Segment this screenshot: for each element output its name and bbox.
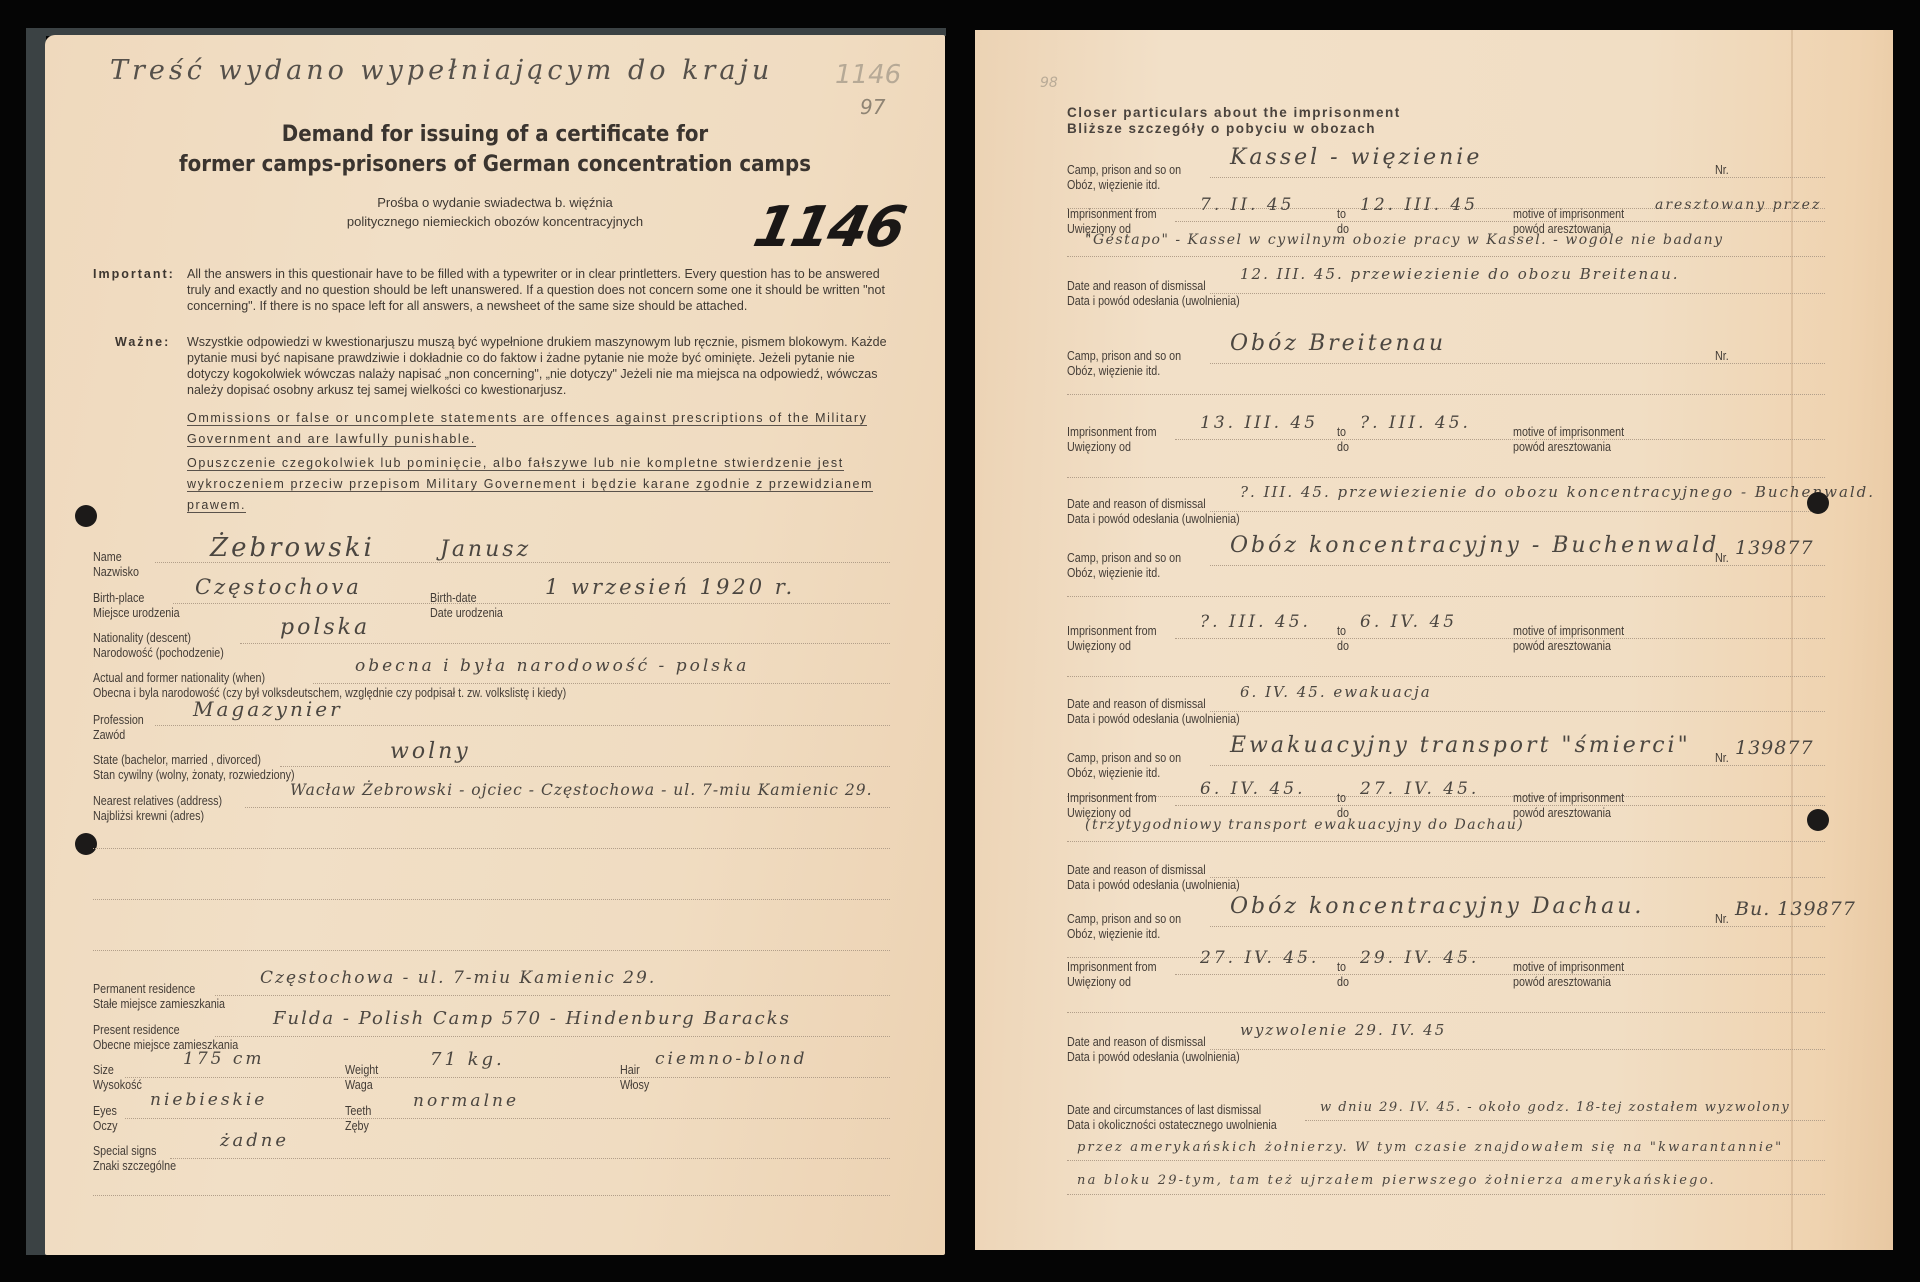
label-profession-pl: Zawód bbox=[93, 728, 125, 743]
label-to-en: to bbox=[1337, 207, 1346, 222]
value-former-nationality: obecna i była narodowość - polska bbox=[355, 656, 749, 676]
label-profession-en: Profession bbox=[93, 713, 144, 728]
label-nationality-pl: Narodowość (pochodzenie) bbox=[93, 646, 224, 661]
label-to-pl: do bbox=[1337, 975, 1349, 990]
label-hair-pl: Włosy bbox=[620, 1078, 649, 1093]
label-nr: Nr. bbox=[1715, 163, 1729, 178]
value-eyes: niebieskie bbox=[150, 1090, 267, 1110]
value-weight: 71 kg. bbox=[430, 1049, 505, 1070]
value-camp: Obóz koncentracyjny - Buchenwald bbox=[1230, 533, 1719, 558]
label-dismissal-en: Date and reason of dismissal bbox=[1067, 1035, 1206, 1050]
label-dismissal-pl: Data i powód odesłania (uwolnienia) bbox=[1067, 878, 1240, 893]
label-teeth-en: Teeth bbox=[345, 1104, 371, 1119]
form-page-front: Treść wydano wypełniającym do kraju 1146… bbox=[45, 35, 945, 1255]
label-motive-en: motive of imprisonment bbox=[1513, 960, 1624, 975]
label-birth-place-en: Birth-place bbox=[93, 591, 144, 606]
value-size: 175 cm bbox=[183, 1049, 265, 1069]
value-imprisonment-from: 27. IV. 45. bbox=[1200, 948, 1319, 968]
label-state-en: State (bachelor, married , divorced) bbox=[93, 753, 261, 768]
label-last-dismissal-pl: Data i okoliczności ostatecznego uwolnie… bbox=[1067, 1118, 1277, 1133]
label-former-nationality-en: Actual and former nationality (when) bbox=[93, 671, 265, 686]
value-imprisonment-from: ?. III. 45. bbox=[1200, 612, 1311, 632]
label-motive-pl: powód aresztowania bbox=[1513, 975, 1611, 990]
label-camp-en: Camp, prison and so on bbox=[1067, 551, 1181, 566]
label-dismissal-pl: Data i powód odesłania (uwolnienia) bbox=[1067, 294, 1240, 309]
wazne-label: Ważne: bbox=[115, 335, 170, 349]
value-surname: Żebrowski bbox=[210, 533, 375, 563]
value-birth-place: Częstochova bbox=[195, 575, 362, 599]
label-motive-pl: powód aresztowania bbox=[1513, 440, 1611, 455]
label-dismissal-en: Date and reason of dismissal bbox=[1067, 863, 1206, 878]
label-to-en: to bbox=[1337, 425, 1346, 440]
value-special-signs: żadne bbox=[220, 1130, 289, 1151]
label-imprisonment-from-en: Imprisonment from bbox=[1067, 791, 1157, 806]
label-camp-en: Camp, prison and so on bbox=[1067, 349, 1181, 364]
punch-hole bbox=[75, 833, 97, 855]
label-imprisonment-from-en: Imprisonment from bbox=[1067, 960, 1157, 975]
label-motive-pl: powód aresztowania bbox=[1513, 639, 1611, 654]
label-dismissal-en: Date and reason of dismissal bbox=[1067, 497, 1206, 512]
label-special-signs-pl: Znaki szczególne bbox=[93, 1159, 176, 1174]
value-imprisonment-to: 12. III. 45 bbox=[1360, 195, 1478, 215]
value-imprisonment-to: ?. III. 45. bbox=[1360, 413, 1471, 433]
section-title-en: Closer particulars about the imprisonmen… bbox=[1067, 105, 1401, 121]
value-dismissal: wyzwolenie 29. IV. 45 bbox=[1240, 1021, 1446, 1039]
label-imprisonment-from-en: Imprisonment from bbox=[1067, 624, 1157, 639]
label-dismissal-pl: Data i powód odesłania (uwolnienia) bbox=[1067, 712, 1240, 727]
value-last-dismissal-line1: w dniu 29. IV. 45. - około godz. 18-tej … bbox=[1320, 1100, 1790, 1115]
label-name-en: Name bbox=[93, 550, 122, 565]
label-present-residence-en: Present residence bbox=[93, 1023, 180, 1038]
value-camp-number: 139877 bbox=[1735, 537, 1814, 559]
punch-hole bbox=[75, 505, 97, 527]
punch-hole bbox=[1807, 492, 1829, 514]
value-camp: Kassel - więzienie bbox=[1230, 145, 1482, 170]
label-size-en: Size bbox=[93, 1063, 114, 1078]
value-state: wolny bbox=[390, 739, 471, 764]
value-camp: Obóz Breitenau bbox=[1230, 331, 1446, 356]
label-name-pl: Nazwisko bbox=[93, 565, 139, 580]
label-to-pl: do bbox=[1337, 440, 1349, 455]
value-present-residence: Fulda - Polish Camp 570 - Hindenburg Bar… bbox=[273, 1008, 791, 1029]
binding-edge bbox=[26, 28, 46, 1255]
value-relatives: Wacław Żebrowski - ojciec - Częstochowa … bbox=[290, 781, 873, 799]
label-nr: Nr. bbox=[1715, 551, 1729, 566]
page-mark: 98 bbox=[1040, 75, 1058, 91]
label-camp-pl: Obóz, więzienie itd. bbox=[1067, 178, 1160, 193]
value-birth-date: 1 wrzesień 1920 r. bbox=[545, 575, 795, 599]
label-motive-en: motive of imprisonment bbox=[1513, 791, 1624, 806]
label-nationality-en: Nationality (descent) bbox=[93, 631, 191, 646]
value-hair: ciemno-blond bbox=[655, 1049, 807, 1069]
pencil-margin-number-2: 97 bbox=[860, 95, 885, 119]
label-nr: Nr. bbox=[1715, 751, 1729, 766]
label-camp-en: Camp, prison and so on bbox=[1067, 163, 1181, 178]
value-dismissal: ?. III. 45. przewiezienie do obozu konce… bbox=[1240, 483, 1875, 501]
value-motive-continued: "Gestapo" - Kassel w cywilnym obozie pra… bbox=[1085, 232, 1724, 248]
label-weight-en: Weight bbox=[345, 1063, 378, 1078]
value-imprisonment-to: 27. IV. 45. bbox=[1360, 779, 1479, 799]
form-title-line2: former camps-prisoners of German concent… bbox=[90, 152, 900, 177]
label-motive-en: motive of imprisonment bbox=[1513, 207, 1624, 222]
file-number: 1146 bbox=[748, 195, 910, 260]
label-to-en: to bbox=[1337, 791, 1346, 806]
label-dismissal-pl: Data i powód odesłania (uwolnienia) bbox=[1067, 1050, 1240, 1065]
label-birth-date-pl: Date urodzenia bbox=[430, 606, 503, 621]
label-last-dismissal-en: Date and circumstances of last dismissal bbox=[1067, 1103, 1261, 1118]
value-motive: aresztowany przez bbox=[1655, 197, 1821, 213]
label-camp-pl: Obóz, więzienie itd. bbox=[1067, 766, 1160, 781]
pencil-margin-number: 1146 bbox=[835, 60, 901, 90]
value-camp: Ewakuacyjny transport "śmierci" bbox=[1230, 733, 1691, 758]
label-motive-en: motive of imprisonment bbox=[1513, 425, 1624, 440]
warning-polish: Opuszczenie czegokolwiek lub pominięcie,… bbox=[187, 453, 897, 516]
label-teeth-pl: Zęby bbox=[345, 1119, 369, 1134]
form-title-line1: Demand for issuing of a certificate for bbox=[90, 122, 900, 147]
label-eyes-en: Eyes bbox=[93, 1104, 117, 1119]
wazne-text: Wszystkie odpowiedzi w kwestionarjuszu m… bbox=[187, 334, 897, 398]
value-motive-continued: (trzytygodniowy transport ewakuacyjny do… bbox=[1085, 817, 1524, 833]
label-nr: Nr. bbox=[1715, 912, 1729, 927]
label-dismissal-en: Date and reason of dismissal bbox=[1067, 697, 1206, 712]
label-motive-pl: powód aresztowania bbox=[1513, 806, 1611, 821]
label-camp-pl: Obóz, więzienie itd. bbox=[1067, 364, 1160, 379]
label-camp-pl: Obóz, więzienie itd. bbox=[1067, 566, 1160, 581]
value-camp-number: Bu. 139877 bbox=[1735, 898, 1856, 920]
value-imprisonment-from: 6. IV. 45. bbox=[1200, 779, 1306, 799]
warning-english: Ommissions or false or uncomplete statem… bbox=[187, 408, 897, 450]
label-camp-en: Camp, prison and so on bbox=[1067, 912, 1181, 927]
label-permanent-residence-en: Permanent residence bbox=[93, 982, 195, 997]
label-imprisonment-from-pl: Uwięziony od bbox=[1067, 440, 1131, 455]
label-state-pl: Stan cywilny (wolny, żonaty, rozwiedzion… bbox=[93, 768, 295, 783]
value-nationality: polska bbox=[280, 615, 370, 640]
value-imprisonment-from: 13. III. 45 bbox=[1200, 413, 1318, 433]
label-motive-en: motive of imprisonment bbox=[1513, 624, 1624, 639]
important-label: Important: bbox=[93, 267, 175, 281]
label-imprisonment-from-en: Imprisonment from bbox=[1067, 425, 1157, 440]
label-imprisonment-from-en: Imprisonment from bbox=[1067, 207, 1157, 222]
label-special-signs-en: Special signs bbox=[93, 1144, 156, 1159]
value-last-dismissal-line3: na bloku 29-tym, tam też ujrzałem pierws… bbox=[1077, 1173, 1716, 1188]
value-last-dismissal-line2: przez amerykańskich żołnierzy. W tym cza… bbox=[1077, 1140, 1783, 1155]
label-relatives-pl: Najbliżsi krewni (adres) bbox=[93, 809, 204, 824]
label-imprisonment-from-pl: Uwięziony od bbox=[1067, 639, 1131, 654]
important-text: All the answers in this questionair have… bbox=[187, 266, 897, 314]
label-eyes-pl: Oczy bbox=[93, 1119, 117, 1134]
label-to-en: to bbox=[1337, 960, 1346, 975]
handwritten-top-note: Treść wydano wypełniającym do kraju bbox=[110, 55, 773, 86]
value-first-name: Janusz bbox=[440, 537, 531, 562]
label-to-pl: do bbox=[1337, 639, 1349, 654]
section-title-pl: Bliższe szczegóły o pobyciu w obozach bbox=[1067, 121, 1376, 137]
label-camp-pl: Obóz, więzienie itd. bbox=[1067, 927, 1160, 942]
label-relatives-en: Nearest relatives (address) bbox=[93, 794, 222, 809]
label-dismissal-en: Date and reason of dismissal bbox=[1067, 279, 1206, 294]
value-imprisonment-to: 29. IV. 45. bbox=[1360, 948, 1479, 968]
label-size-pl: Wysokość bbox=[93, 1078, 142, 1093]
value-camp-number: 139877 bbox=[1735, 737, 1814, 759]
punch-hole bbox=[1807, 809, 1829, 831]
label-imprisonment-from-pl: Uwięziony od bbox=[1067, 975, 1131, 990]
label-camp-en: Camp, prison and so on bbox=[1067, 751, 1181, 766]
label-to-en: to bbox=[1337, 624, 1346, 639]
value-dismissal: 6. IV. 45. ewakuacja bbox=[1240, 683, 1432, 701]
label-weight-pl: Waga bbox=[345, 1078, 373, 1093]
label-hair-en: Hair bbox=[620, 1063, 640, 1078]
label-permanent-residence-pl: Stałe miejsce zamieszkania bbox=[93, 997, 225, 1012]
value-imprisonment-from: 7. II. 45 bbox=[1200, 195, 1295, 215]
value-profession: Magazynier bbox=[193, 697, 343, 721]
value-dismissal: 12. III. 45. przewiezienie do obozu Brei… bbox=[1240, 265, 1680, 283]
label-birth-place-pl: Miejsce urodzenia bbox=[93, 606, 180, 621]
label-dismissal-pl: Data i powód odesłania (uwolnienia) bbox=[1067, 512, 1240, 527]
value-permanent-residence: Częstochowa - ul. 7-miu Kamienic 29. bbox=[260, 968, 656, 988]
value-teeth: normalne bbox=[413, 1091, 519, 1111]
form-page-back: 98 Closer particulars about the imprison… bbox=[975, 30, 1893, 1250]
value-imprisonment-to: 6. IV. 45 bbox=[1360, 612, 1457, 632]
value-camp: Obóz koncentracyjny Dachau. bbox=[1230, 894, 1644, 919]
label-nr: Nr. bbox=[1715, 349, 1729, 364]
